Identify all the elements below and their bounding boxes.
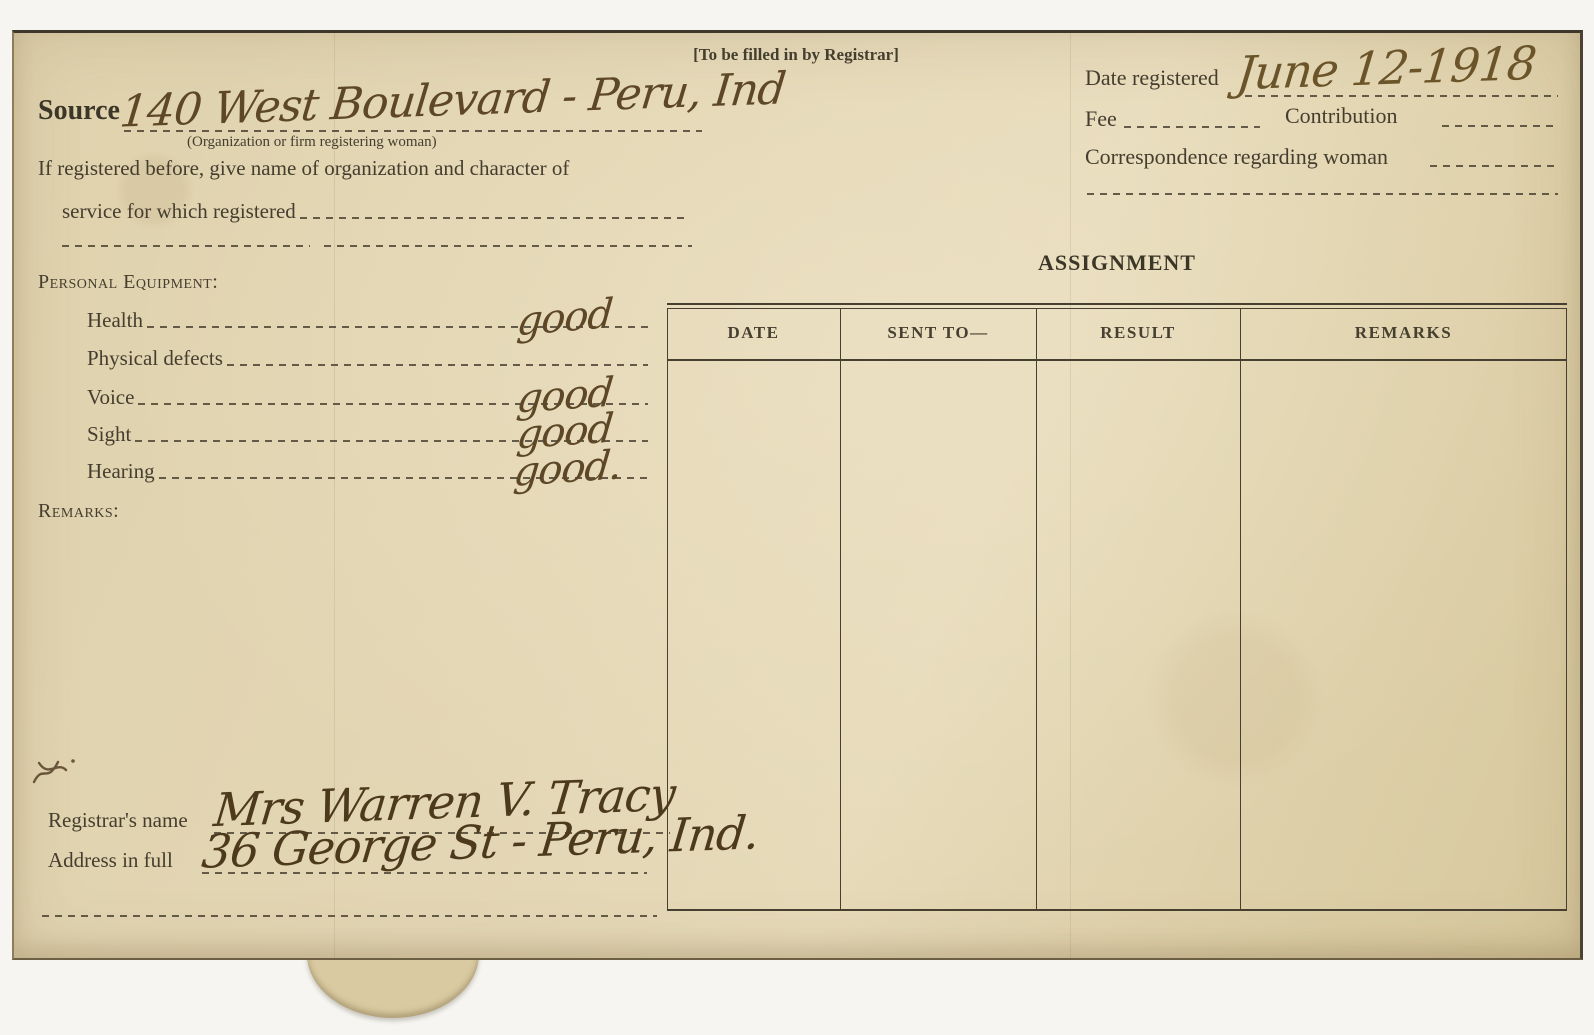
source-label: Source <box>38 95 120 127</box>
table-column-divider <box>840 308 841 909</box>
blank-line <box>324 245 692 247</box>
column-header-date: DATE <box>667 323 840 343</box>
registrar-name-label: Registrar's name <box>48 808 188 833</box>
registered-before-line1: If registered before, give name of organ… <box>38 156 569 181</box>
registered-before-line2-row: service for which registered <box>62 199 692 224</box>
registration-card: [To be filled in by Registrar] Source 14… <box>12 30 1583 960</box>
source-handwritten-value: 140 West Boulevard - Peru, Ind <box>118 63 788 137</box>
fee-line <box>1124 126 1260 128</box>
column-header-result: RESULT <box>1036 323 1240 343</box>
contribution-line <box>1442 125 1554 127</box>
source-caption: (Organization or firm registering woman) <box>187 134 437 151</box>
table-border <box>667 909 1567 911</box>
field-label-physical-defects: Physical defects <box>87 346 223 371</box>
date-registered-handwritten: June 12-1918 <box>1234 36 1538 101</box>
table-border <box>667 303 1567 305</box>
correspondence-line-2 <box>1087 193 1558 195</box>
correspondence-line <box>1430 165 1558 167</box>
table-border <box>667 308 1567 309</box>
field-label-voice: Voice <box>87 385 134 410</box>
table-column-divider <box>1240 308 1241 909</box>
blank-line <box>227 364 648 366</box>
field-value-health: good <box>515 291 614 346</box>
address-label: Address in full <box>48 848 173 873</box>
personal-equipment-heading: Personal Equipment: <box>38 271 218 294</box>
assignment-table: DATE SENT TO— RESULT REMARKS <box>667 303 1567 911</box>
table-border <box>667 359 1567 361</box>
blank-line <box>300 217 690 219</box>
field-label-sight: Sight <box>87 422 131 447</box>
date-registered-label: Date registered <box>1085 65 1219 91</box>
bottom-dashed-line <box>42 915 657 917</box>
blank-line <box>62 245 310 247</box>
registrar-note: [To be filled in by Registrar] <box>650 45 942 65</box>
field-value-hearing: good. <box>512 442 624 496</box>
table-column-divider <box>1036 308 1037 909</box>
table-border <box>1566 308 1567 909</box>
contribution-label: Contribution <box>1285 103 1397 129</box>
assignment-title: ASSIGNMENT <box>667 250 1567 276</box>
field-row-physical-defects: Physical defects <box>87 346 650 371</box>
ink-scribble-icon <box>30 755 86 791</box>
column-header-remarks: REMARKS <box>1240 323 1567 343</box>
scanned-document: [To be filled in by Registrar] Source 14… <box>0 0 1594 1035</box>
registered-before-line2: service for which registered <box>62 199 296 224</box>
fee-label: Fee <box>1085 106 1117 132</box>
field-label-hearing: Hearing <box>87 459 155 484</box>
column-header-sent-to: SENT TO— <box>840 323 1036 343</box>
remarks-heading: Remarks: <box>38 500 119 523</box>
correspondence-label: Correspondence regarding woman <box>1085 144 1388 170</box>
field-label-health: Health <box>87 308 143 333</box>
